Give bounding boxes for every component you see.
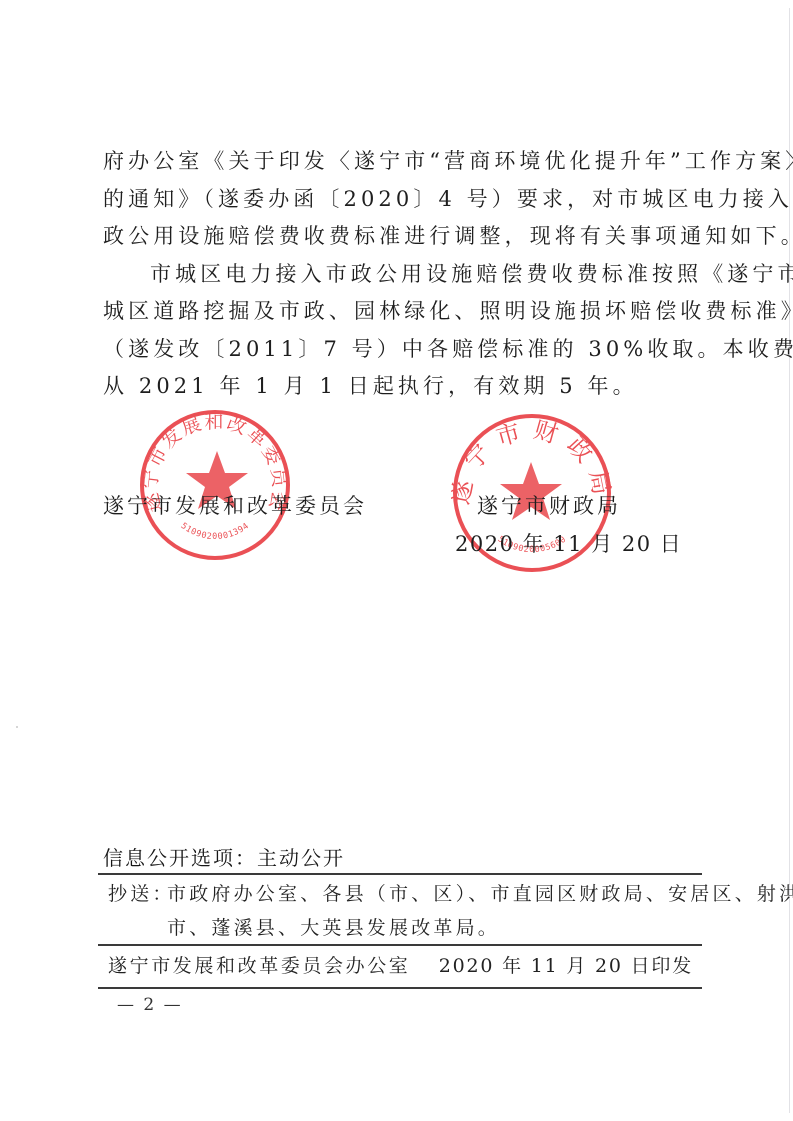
svg-text:5109020001394: 5109020001394 bbox=[179, 521, 252, 542]
cc-recipients-line-2: 市、蓬溪县、大英县发展改革局。 bbox=[167, 915, 500, 941]
body-line-5: 城区道路挖掘及市政、园林绿化、照明设施损坏赔偿收费标准》 bbox=[103, 296, 693, 326]
signature-drc: 遂宁市发展和改革委员会 bbox=[103, 493, 367, 519]
body-line-3: 政公用设施赔偿费收费标准进行调整，现将有关事项通知如下。 bbox=[103, 221, 693, 251]
body-line-7: 从 2021 年 1 月 1 日起执行，有效期 5 年。 bbox=[103, 371, 693, 401]
rule-top bbox=[98, 873, 702, 875]
page-number: — 2 — bbox=[117, 993, 183, 1017]
body-line-4: 市城区电力接入市政公用设施赔偿费收费标准按照《遂宁市 bbox=[150, 259, 693, 289]
disclosure-option: 信息公开选项：主动公开 bbox=[103, 844, 345, 872]
body-line-6: （遂发改〔2011〕7 号）中各赔偿标准的 30%收取。本收费标准 bbox=[103, 334, 693, 364]
rule-bottom bbox=[98, 987, 702, 989]
issuer-office: 遂宁市发展和改革委员会办公室 bbox=[108, 953, 410, 979]
cc-label: 抄送： bbox=[108, 881, 175, 907]
body-line-2: 的通知》（遂委办函〔2020〕4 号）要求，对市城区电力接入市 bbox=[103, 184, 693, 214]
signature-date: 2020 年 11 月 20 日 bbox=[455, 531, 682, 557]
signature-finance-bureau: 遂宁市财政局 bbox=[477, 493, 621, 519]
scan-speck bbox=[16, 726, 18, 728]
cc-recipients-line-1: 市政府办公室、各县（市、区）、市直园区财政局、安居区、射洪 bbox=[167, 881, 695, 907]
issue-date: 2020 年 11 月 20 日印发 bbox=[439, 953, 693, 979]
body-line-1: 府办公室《关于印发〈遂宁市“营商环境优化提升年”工作方案〉 bbox=[103, 146, 693, 176]
page-edge-line bbox=[789, 8, 790, 1113]
official-seal-drc: 遂宁市发展和改革委员会 5109020001394 bbox=[137, 407, 293, 563]
rule-middle bbox=[98, 944, 702, 946]
